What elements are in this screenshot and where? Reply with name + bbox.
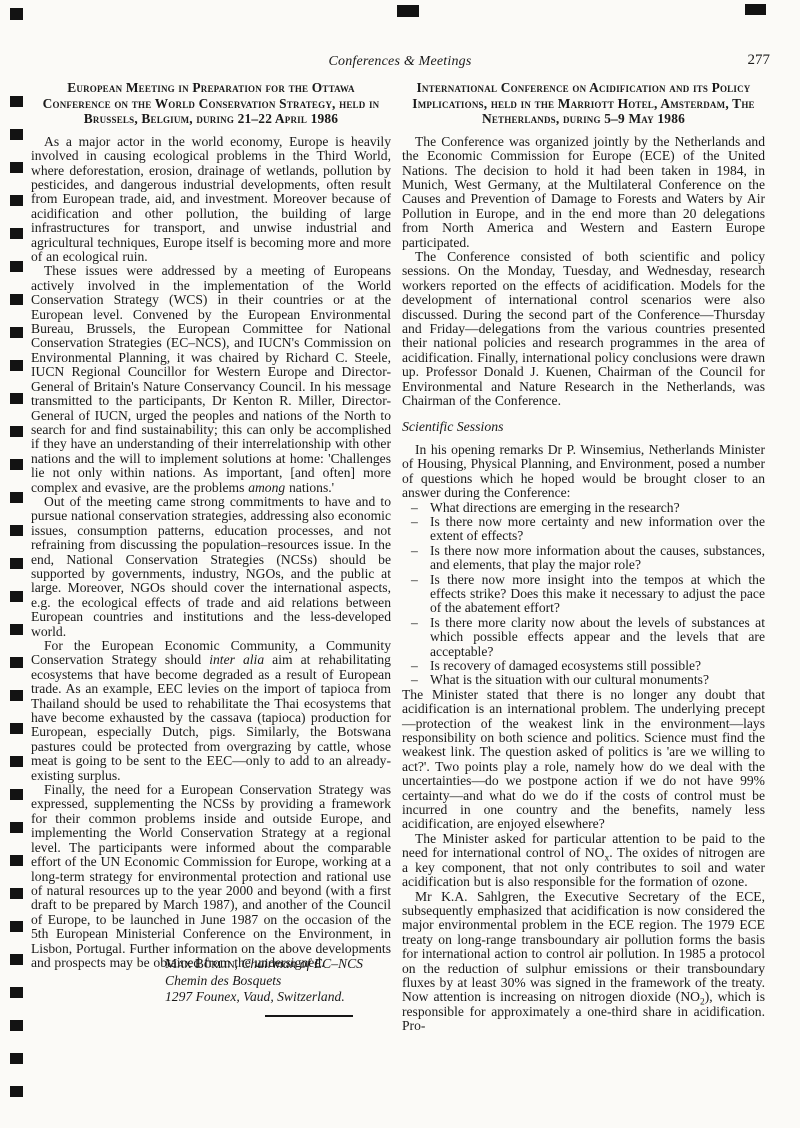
left-article-body: As a major actor in the world economy, E…: [31, 135, 391, 971]
scan-mark-top-left: [10, 8, 23, 20]
signature-role: Chairman of EC–NCS: [238, 956, 363, 971]
paragraph: The Minister stated that there is no lon…: [402, 688, 765, 832]
paragraph: Mr K.A. Sahlgren, the Executive Secretar…: [402, 890, 765, 1034]
paragraph-text: These issues were addressed by a meeting…: [31, 263, 391, 494]
paragraph-text: aim at rehabilitating ecosystems that ha…: [31, 652, 391, 782]
question-text: Is there now more information about the …: [430, 543, 765, 572]
italic-term: inter alia: [209, 652, 264, 667]
question-item: –Is there now more certainty and new inf…: [402, 515, 765, 544]
question-text: Is recovery of damaged ecosystems still …: [430, 658, 701, 673]
signature-name: Max Börlin,: [165, 956, 238, 971]
question-list: –What directions are emerging in the res…: [402, 501, 765, 688]
question-text: Is there now more insight into the tempo…: [430, 572, 765, 616]
dash-bullet: –: [411, 544, 418, 558]
question-text: Is there more clarity now about the leve…: [430, 615, 765, 659]
binding-marks-column: [10, 96, 23, 1097]
signature-rule: [265, 1015, 353, 1017]
paragraph-text: Mr K.A. Sahlgren, the Executive Secretar…: [402, 889, 765, 1005]
right-column: International Conference on Acidificatio…: [402, 80, 765, 1034]
question-text: Is there now more certainty and new info…: [430, 514, 765, 543]
page-number: 277: [748, 52, 771, 69]
paragraph: Out of the meeting came strong commitmen…: [31, 495, 391, 639]
dash-bullet: –: [411, 673, 418, 687]
signature-address: 1297 Founex, Vaud, Switzerland.: [165, 989, 391, 1006]
paragraph-text: nations.': [285, 480, 334, 495]
question-item: –Is there more clarity now about the lev…: [402, 616, 765, 659]
scan-mark-top-right: [745, 4, 766, 15]
paragraph: The Minister asked for particular attent…: [402, 832, 765, 890]
scan-mark-top-middle: [397, 5, 419, 17]
question-item: –Is recovery of damaged ecosystems still…: [402, 659, 765, 673]
running-head: Conferences & Meetings: [0, 54, 800, 70]
section-subheading: Scientific Sessions: [402, 420, 765, 434]
left-article-heading: European Meeting in Preparation for the …: [31, 80, 391, 127]
paragraph: For the European Economic Community, a C…: [31, 639, 391, 783]
signature-name-line: Max Börlin, Chairman of EC–NCS: [165, 956, 391, 973]
left-column: European Meeting in Preparation for the …: [31, 80, 391, 1017]
question-item: –Is there now more insight into the temp…: [402, 573, 765, 616]
question-item: –What is the situation with our cultural…: [402, 673, 765, 687]
signature-address: Chemin des Bosquets: [165, 973, 391, 990]
dash-bullet: –: [411, 515, 418, 529]
signature-block: Max Börlin, Chairman of EC–NCS Chemin de…: [165, 956, 391, 1017]
question-item: –Is there now more information about the…: [402, 544, 765, 573]
question-text: What directions are emerging in the rese…: [430, 500, 680, 515]
question-item: –What directions are emerging in the res…: [402, 501, 765, 515]
italic-term: among: [248, 480, 285, 495]
right-article-heading: International Conference on Acidificatio…: [402, 80, 765, 127]
dash-bullet: –: [411, 501, 418, 515]
paragraph: These issues were addressed by a meeting…: [31, 264, 391, 495]
right-article-body: The Conference was organized jointly by …: [402, 135, 765, 1034]
dash-bullet: –: [411, 616, 418, 630]
paragraph: As a major actor in the world economy, E…: [31, 135, 391, 265]
dash-bullet: –: [411, 659, 418, 673]
dash-bullet: –: [411, 573, 418, 587]
paragraph: In his opening remarks Dr P. Winsemius, …: [402, 443, 765, 501]
paragraph: Finally, the need for a European Conserv…: [31, 783, 391, 970]
question-text: What is the situation with our cultural …: [430, 672, 709, 687]
paragraph: The Conference consisted of both scienti…: [402, 250, 765, 408]
paragraph: The Conference was organized jointly by …: [402, 135, 765, 250]
